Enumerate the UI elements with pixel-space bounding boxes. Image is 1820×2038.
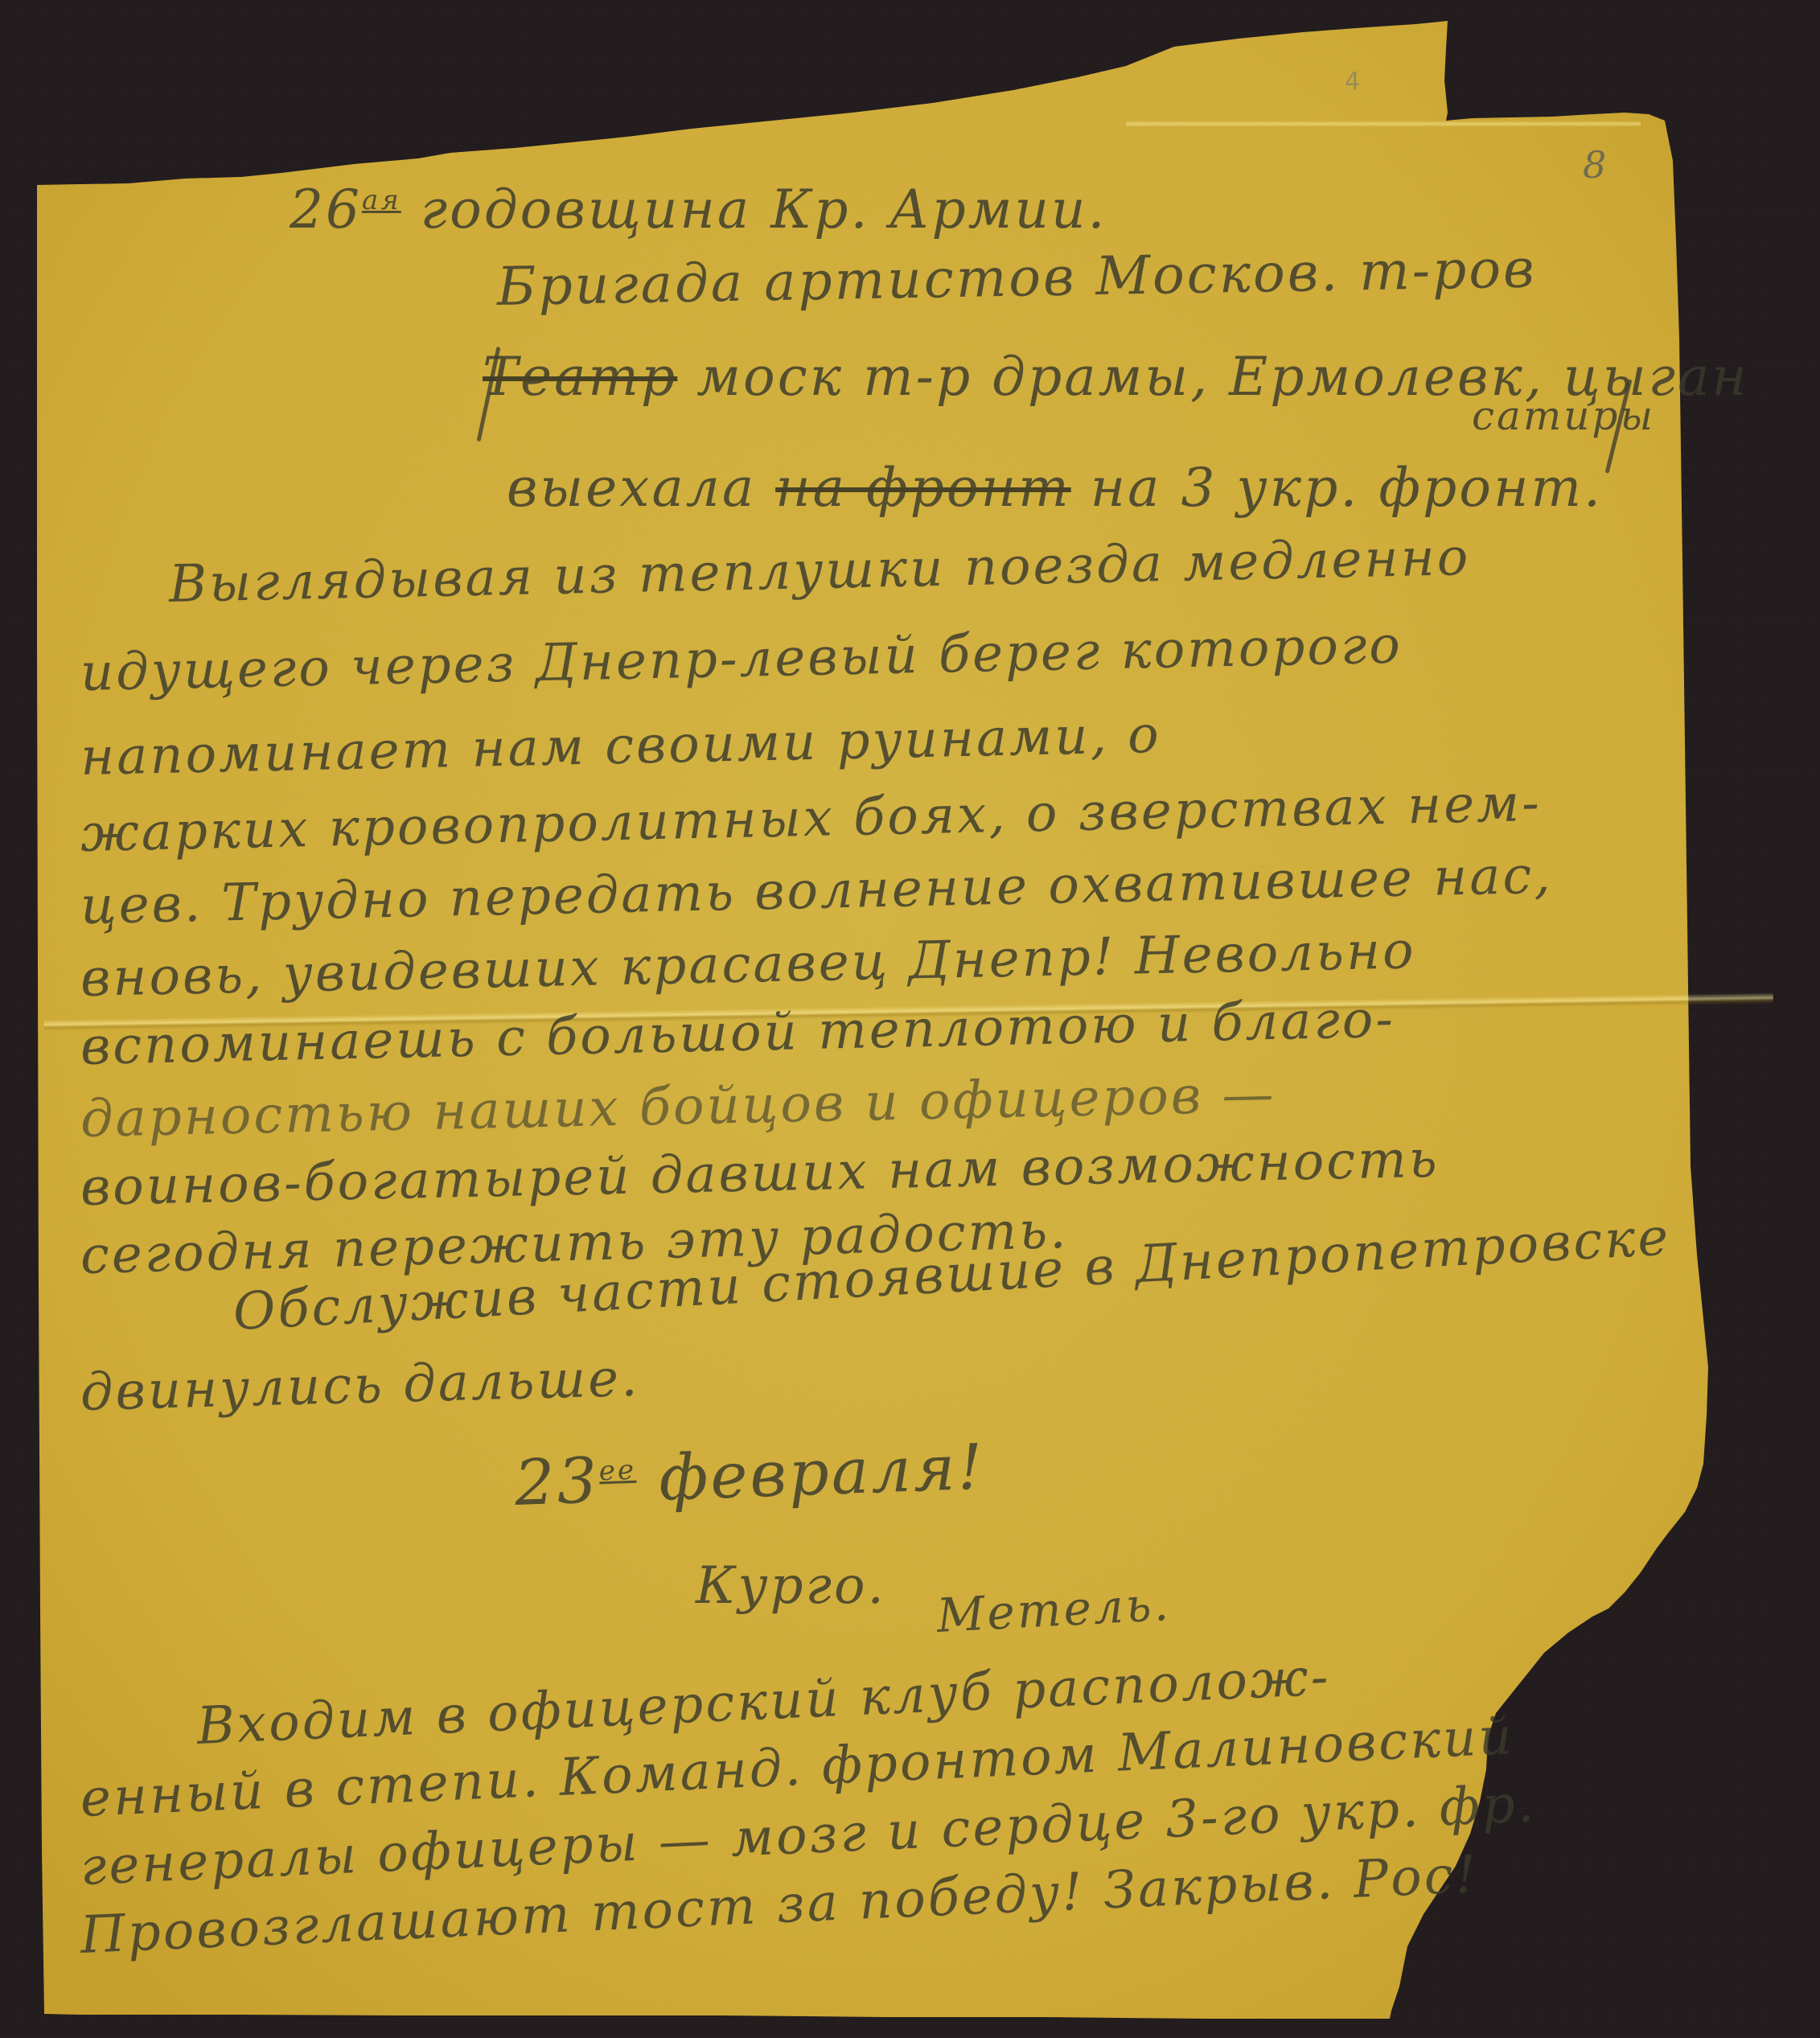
- front-destination: на 3 укр. фронт.: [1091, 457, 1603, 519]
- date-heading: 23ее февраля!: [513, 1432, 986, 1520]
- date-month: февраля!: [658, 1432, 987, 1515]
- header-line-anniversary: 26ая годовщина Кр. Армии.: [290, 179, 1107, 240]
- header-insert-satire: сатиры: [1472, 392, 1655, 439]
- date-day-suffix: ее: [598, 1454, 637, 1488]
- struck-phrase: на фронт: [775, 457, 1071, 519]
- header-line-departed: выехала на фронт на 3 укр. фронт.: [507, 457, 1603, 519]
- anniversary-suffix: ая: [362, 184, 401, 216]
- weather-line: Метель.: [935, 1576, 1172, 1643]
- anniversary-text: годовщина Кр. Армии.: [421, 179, 1107, 240]
- handwritten-page: 4 8 26ая годовщина Кр. Армии. Бригада ар…: [0, 0, 1820, 2038]
- date-day: 23: [513, 1444, 600, 1520]
- departed-word: выехала: [507, 457, 756, 519]
- page-number: 8: [1583, 143, 1606, 187]
- anniversary-number: 26: [290, 179, 362, 240]
- paragraph1-line-3: напоминает нам своими руинами, о: [80, 705, 1161, 787]
- paragraph1-line-1: Выглядывая из теплушки поезда медленно: [168, 528, 1471, 614]
- corner-mark: 4: [1345, 68, 1360, 96]
- header-line-brigade: Бригада артистов Москов. т-ров: [496, 237, 1537, 318]
- struck-word: Театр: [483, 346, 677, 408]
- paper-fold-top: [1126, 121, 1641, 127]
- paragraph2-line-2: двинулись дальше.: [80, 1349, 640, 1423]
- paragraph1-line-2: идущего через Днепр-левый берег которого: [80, 616, 1403, 703]
- place-line: Курго.: [696, 1556, 886, 1616]
